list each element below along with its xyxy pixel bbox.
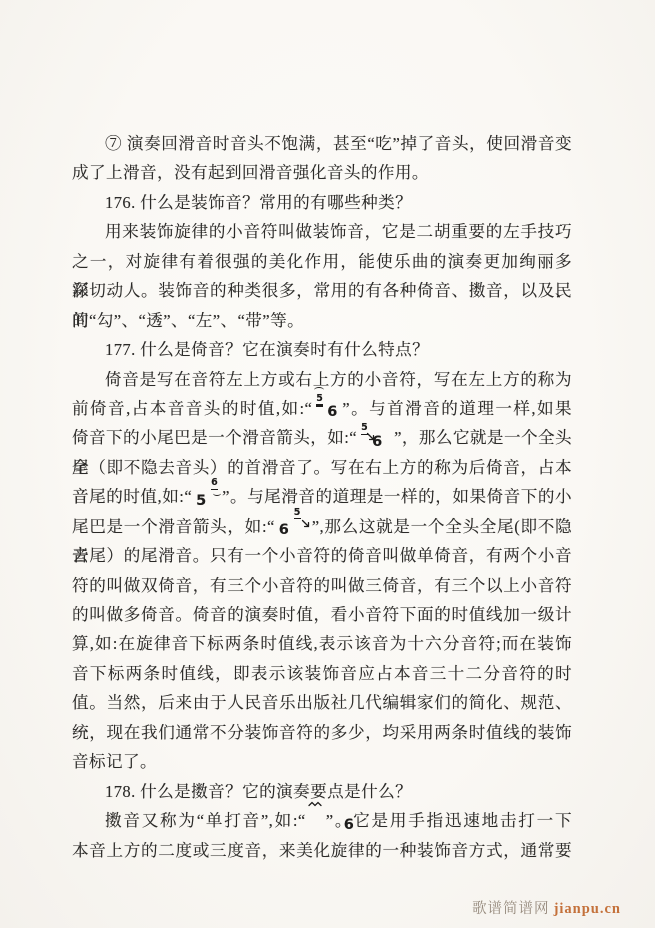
text-run: 的“勾”、“透”、“左”、“带”等。: [72, 311, 304, 330]
text-column: ⑦ 演奏回滑音时音头不饱满，甚至“吃”掉了音头，使回滑音变成了上滑音，没有起到回…: [72, 129, 572, 865]
text-line: 擞音又称为“单打音”,如:“6”。它是用手指迅速地击打一下: [72, 806, 572, 835]
text-run: 算,如:在旋律音下标两条时值线,表示该音为十六分音符;而在装饰: [72, 634, 572, 653]
text-line: 前倚音,占本音音头的时值,如:“56”。与首滑音的道理一样,如果: [72, 394, 572, 423]
text-run: 178. 什么是擞音？它的演奏要点是什么？: [105, 782, 412, 801]
main-note-digit: 6: [372, 435, 383, 450]
watermark-site-domain: jianpu.cn: [554, 901, 621, 917]
question-heading: 177. 什么是倚音？它在演奏时有什么特点？: [72, 335, 572, 364]
text-line: 倚音下的小尾巴是一个滑音箭头，如:“56”，那么它就是一个全头全: [72, 423, 572, 452]
text-run: 177. 什么是倚音？它在演奏时有什么特点？: [105, 340, 429, 359]
text-line: 的“勾”、“透”、“左”、“带”等。: [72, 306, 572, 335]
main-note-digit: 6: [327, 405, 338, 420]
grace-note-digit: 5: [316, 394, 323, 406]
text-line: 音尾）的尾滑音。只有一个小音符的倚音叫做单倚音，有两个小音: [72, 541, 572, 570]
back-grace-note-slide-arrow-figure: 56: [277, 512, 310, 538]
text-run: ”。它是用手指迅速地击打一下: [326, 811, 572, 830]
text-run: 前倚音,占本音音头的时值,如:“: [72, 399, 312, 418]
slur-mark: [314, 387, 324, 393]
text-run: 擞音又称为“单打音”,如:“: [105, 811, 306, 830]
text-run: 音尾的时值,如:“: [72, 487, 192, 506]
text-run: ⑦ 演奏回滑音时音头不饱满，甚至“吃”掉了音头，使回滑音变: [105, 134, 572, 153]
front-grace-note-figure: 56: [314, 394, 340, 420]
text-run: 一，现在我们通常不分装饰音符的多少，均采用两条时值线的装饰: [72, 723, 572, 742]
text-line: 算,如:在旋律音下标两条时值线,表示该音为十六分音符;而在装饰: [72, 629, 572, 658]
text-line: 符的叫做双倚音，有三个小音符的叫做三倚音，有三个以上小音符: [72, 571, 572, 600]
grace-note-digit: 5: [294, 508, 301, 520]
slur-mark: [213, 491, 221, 496]
text-line: 一，现在我们通常不分装饰音符的多少，均采用两条时值线的装饰: [72, 718, 572, 747]
text-line: 用来装饰旋律的小音符叫做装饰音，它是二胡重要的左手技巧: [72, 217, 572, 246]
trill-wavy-icon: [308, 800, 324, 808]
text-run: 符的叫做双倚音，有三个小音符的叫做三倚音，有三个以上小音符: [72, 576, 572, 595]
text-line: ⑦ 演奏回滑音时音头不饱满，甚至“吃”掉了音头，使回滑音变: [72, 129, 572, 158]
text-line: 音下标两条时值线，即表示该装饰音应占本音三十二分音符的时: [72, 659, 572, 688]
text-run: ”。与尾滑音的道理是一样的，如果倚音下的小: [222, 487, 572, 506]
text-run: 176. 什么是装饰音？常用的有哪些种类？: [105, 193, 412, 212]
text-line: 成了上滑音，没有起到回滑音强化音头的作用。: [72, 158, 572, 187]
book-page: ⑦ 演奏回滑音时音头不饱满，甚至“吃”掉了音头，使回滑音变成了上滑音，没有起到回…: [0, 0, 655, 928]
front-grace-note-slide-arrow-figure: 56: [359, 423, 392, 449]
text-line: 的叫做多倚音。倚音的演奏时值，看小音符下面的时值线加一级计: [72, 600, 572, 629]
text-run: 尾巴是一个滑音箭头，如:“: [72, 517, 275, 536]
text-run: 的叫做多倚音。倚音的演奏时值，看小音符下面的时值线加一级计: [72, 605, 572, 624]
main-note-digit: 5: [196, 494, 207, 509]
main-note-digit: 6: [311, 818, 355, 833]
text-line: 之一，对旋律有着很强的美化作用，能使乐曲的演奏更加绚丽多彩、: [72, 247, 572, 276]
text-line: 音尾的时值,如:“65”。与尾滑音的道理是一样的，如果倚音下的小: [72, 482, 572, 511]
text-run: 音下标两条时值线，即表示该装饰音应占本音三十二分音符的时: [72, 664, 572, 683]
watermark-site-name: 歌谱简谱网: [472, 901, 550, 917]
text-line: 尾（即不隐去音头）的首滑音了。写在右上方的称为后倚音，占本音: [72, 453, 572, 482]
back-grace-note-figure: 65: [194, 482, 220, 508]
text-line: 音标记了。: [72, 747, 572, 776]
text-line: 本音上方的二度或三度音，来美化旋律的一种装饰音方式，通常要: [72, 836, 572, 865]
text-run: 用来装饰旋律的小音符叫做装饰音，它是二胡重要的左手技巧: [105, 222, 572, 241]
text-run: 倚音下的小尾巴是一个滑音箭头，如:“: [72, 428, 357, 447]
question-heading: 176. 什么是装饰音？常用的有哪些种类？: [72, 188, 572, 217]
text-line: 值。当然，后来由于人民音乐出版社几代编辑家们的简化、规范、统: [72, 688, 572, 717]
text-line: 深切动人。装饰音的种类很多，常用的有各种倚音、擞音，以及民间: [72, 276, 572, 305]
text-run: 音尾）的尾滑音。只有一个小音符的倚音叫做单倚音，有两个小音: [72, 546, 572, 565]
slide-arrow-icon: [301, 519, 311, 529]
sou-note-trill-figure: 6: [308, 806, 324, 832]
main-note-digit: 6: [279, 523, 290, 538]
text-line: 尾巴是一个滑音箭头，如:“56”,那么这就是一个全头全尾(即不隐去: [72, 512, 572, 541]
text-run: 倚音是写在音符左上方或右上方的小音符，写在左上方的称为: [105, 370, 572, 389]
text-run: 成了上滑音，没有起到回滑音强化音头的作用。: [72, 163, 429, 182]
text-run: 本音上方的二度或三度音，来美化旋律的一种装饰音方式，通常要: [72, 841, 572, 860]
text-run: 音标记了。: [72, 752, 157, 771]
watermark: 歌谱简谱网jianpu.cn: [472, 897, 621, 918]
text-run: ”。与首滑音的道理一样,如果: [342, 399, 572, 418]
grace-note-digit: 6: [211, 478, 218, 490]
